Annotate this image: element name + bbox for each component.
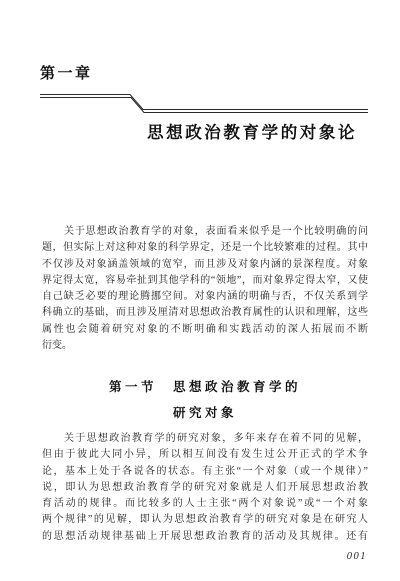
chapter-title: 思想政治教育学的对象论: [147, 119, 357, 143]
text-line: 论，基本上处于各说各的状态。有主张“一个对象（或一个规律）”: [42, 464, 368, 480]
section-heading: 第一节 思想政治教育学的 研究对象: [42, 374, 368, 426]
text-line: 科确立的基础，而且涉及厘清对思想政治教育属性的认识和理解，这些: [42, 305, 368, 321]
page-number: 001: [347, 551, 367, 562]
text-line: 的思想活动规律基础上开展思想政治教育的活动及其规律。还有: [42, 529, 368, 545]
body-paragraph-2: 关于思想政治教育学的研究对象，多年来存在着不同的见解，但由于彼此大同小异，所以相…: [42, 431, 368, 545]
section-heading-line-2: 研究对象: [42, 400, 368, 426]
text-line: 但由于彼此大同小异，所以相互间没有发生过公开正式的学术争: [42, 447, 368, 463]
text-line: 衍变。: [42, 338, 368, 354]
text-line: 两个规律”的见解，即认为思想政治教育学的研究对象是在研究人: [42, 512, 368, 528]
text-line: 属性也会随着研究对象的不断明确和实践活动的深人拓展而不断: [42, 322, 368, 338]
text-line: 说，即认为思想政治教育学的研究对象就是人们开展思想政治教: [42, 480, 368, 496]
text-line: 题，但实际上对这种对象的科学界定，还是一个比较繁难的过程。其中: [42, 240, 368, 256]
body-paragraph-1: 关于思想政治教育学的对象，表面看来似乎是一个比较明确的问题，但实际上对这种对象的…: [42, 224, 368, 354]
chapter-label: 第一章: [40, 62, 93, 83]
text-line: 不仅涉及对象涵盖领域的宽窄，而且涉及对象内涵的景深程度。对象: [42, 257, 368, 273]
chapter-rule-decoration: [40, 92, 370, 116]
book-page: 第一章 思想政治教育学的对象论 关于思想政治教育学的对象，表面看来似乎是一个比较…: [0, 0, 400, 581]
section-heading-line-1: 第一节 思想政治教育学的: [42, 374, 368, 400]
text-line: 育活动的规律。而比较多的人士主张“两个对象说”或“一个对象: [42, 496, 368, 512]
text-line: 关于思想政治教育学的对象，表面看来似乎是一个比较明确的问: [42, 224, 368, 240]
text-line: 界定得太宽，容易牵扯到其他学科的“领地”，而对象界定得太窄，又使: [42, 273, 368, 289]
text-line: 关于思想政治教育学的研究对象，多年来存在着不同的见解，: [42, 431, 368, 447]
text-line: 自己缺乏必要的理论腾挪空间。对象内涵的明确与否，不仅关系到学: [42, 289, 368, 305]
